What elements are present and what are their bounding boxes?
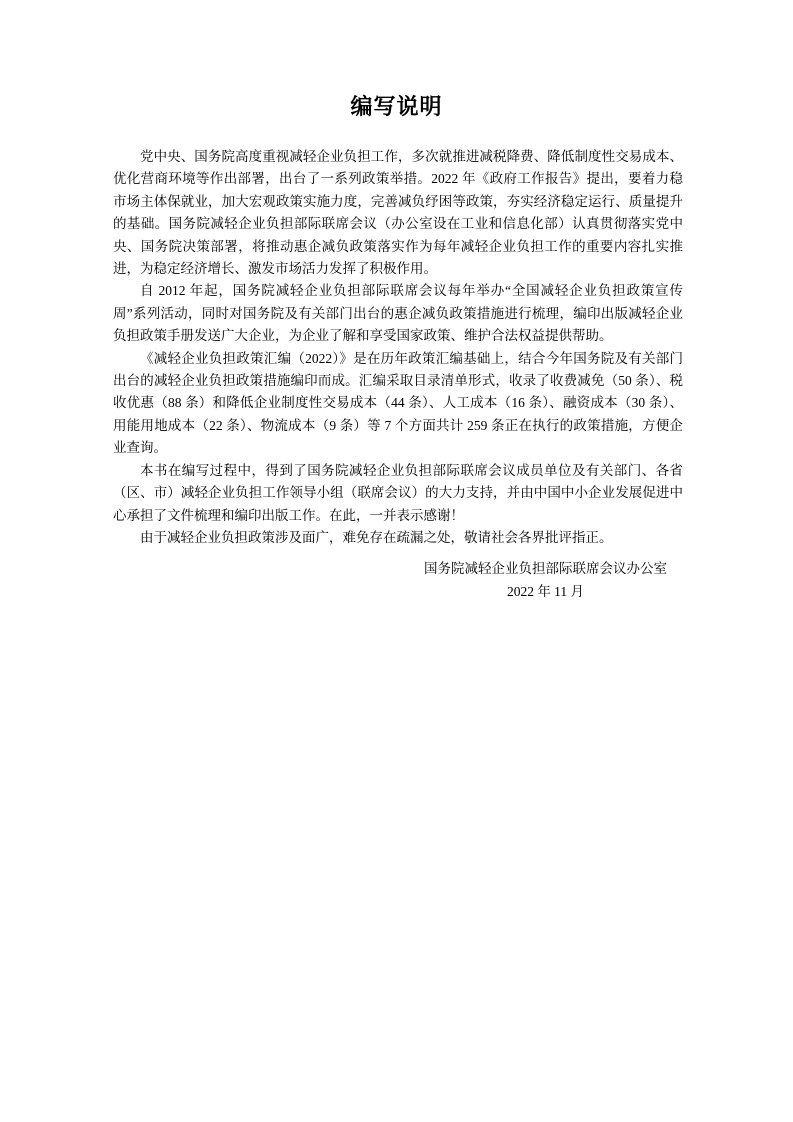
signature-date: 2022 年 11 月 — [424, 580, 667, 603]
document-body: 党中央、国务院高度重视减轻企业负担工作，多次就推进减税降费、降低制度性交易成本、… — [113, 146, 683, 549]
paragraph-2: 自 2012 年起，国务院减轻企业负担部际联席会议每年举办“全国减轻企业负担政策… — [113, 280, 683, 347]
paragraph-1: 党中央、国务院高度重视减轻企业负担工作，多次就推进减税降费、降低制度性交易成本、… — [113, 146, 683, 280]
paragraph-3: 《减轻企业负担政策汇编（2022）》是在历年政策汇编基础上，结合今年国务院及有关… — [113, 348, 683, 460]
document-page: 编写说明 党中央、国务院高度重视减轻企业负担工作，多次就推进减税降费、降低制度性… — [0, 0, 793, 1122]
paragraph-4: 本书在编写过程中，得到了国务院减轻企业负担部际联席会议成员单位及有关部门、各省（… — [113, 460, 683, 527]
signature-block: 国务院减轻企业负担部际联席会议办公室 2022 年 11 月 — [424, 557, 667, 603]
page-title: 编写说明 — [0, 94, 793, 120]
paragraph-5: 由于减轻企业负担政策涉及面广，难免存在疏漏之处，敬请社会各界批评指正。 — [113, 527, 683, 549]
signature-office: 国务院减轻企业负担部际联席会议办公室 — [424, 557, 667, 580]
